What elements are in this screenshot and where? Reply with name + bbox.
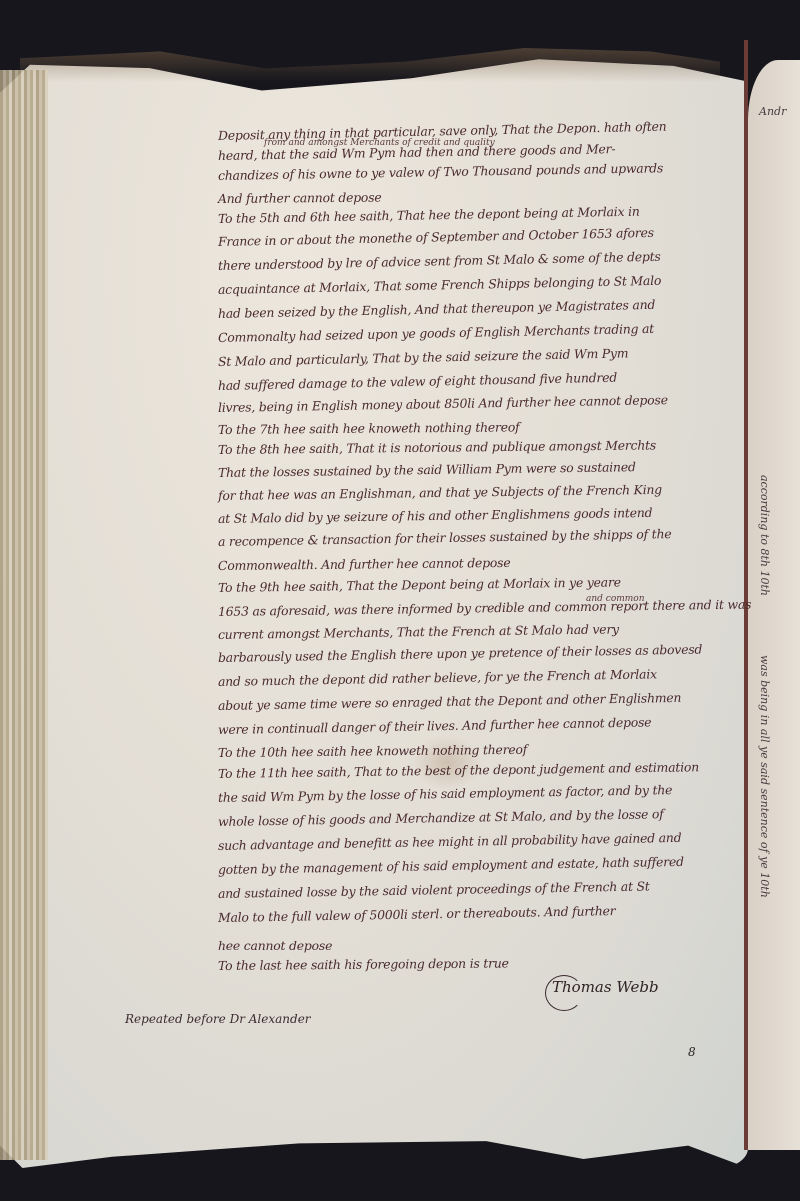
manuscript-line: hee cannot depose (218, 938, 332, 953)
facing-page-text: Andr according to 8th 10th was being in … (755, 95, 800, 1145)
interlinear-insertion: from and amongst Merchants of credit and… (264, 138, 495, 148)
facing-fragment: Andr (759, 105, 786, 118)
manuscript-line: And further cannot depose (218, 190, 382, 206)
signature: Thomas Webb (552, 978, 659, 996)
interlinear-insertion: and common (586, 594, 645, 604)
binding-gutter (744, 40, 748, 1150)
manuscript-line: To the last hee saith his foregoing depo… (218, 955, 509, 973)
manuscript-line: To the 7th hee saith hee knoweth nothing… (218, 419, 520, 437)
photograph-scene: Andr according to 8th 10th was being in … (0, 0, 800, 1201)
folio-mark: 8 (688, 1045, 696, 1059)
manuscript-line: Commonwealth. And further hee cannot dep… (218, 555, 511, 573)
page-edges-stack (0, 70, 48, 1160)
top-edge-stain (20, 48, 720, 82)
facing-fragment: was being in all ye said sentence of ye … (758, 655, 771, 898)
facing-fragment: according to 8th 10th (758, 475, 771, 596)
margin-note: Repeated before Dr Alexander (125, 1012, 311, 1026)
